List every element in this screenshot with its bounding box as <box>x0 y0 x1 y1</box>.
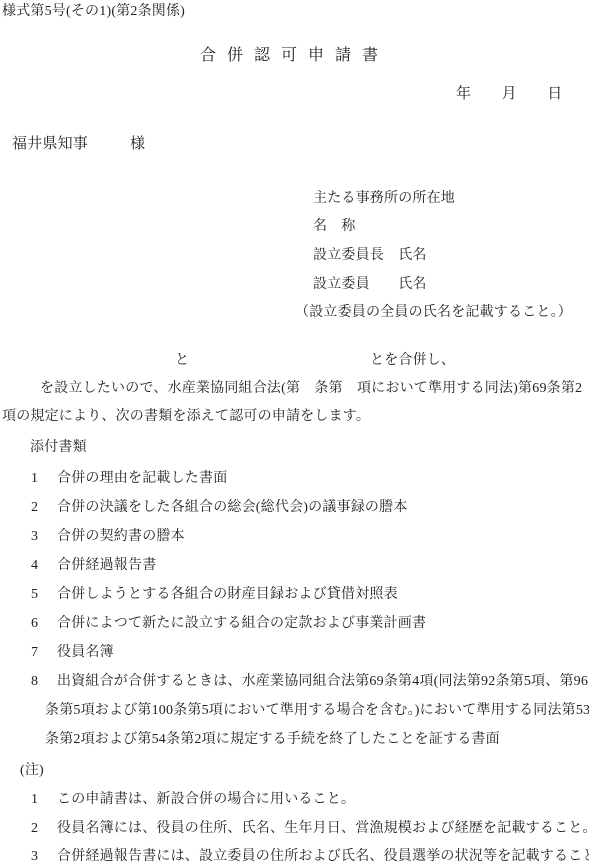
merger-particle-2: とを合併し、 <box>370 352 455 370</box>
organization-name-label: 名 称 <box>313 218 356 236</box>
attachment-item-number: 8 <box>31 673 57 691</box>
attachment-item-number: 1 <box>31 470 57 488</box>
notes-header: (注) <box>20 762 44 780</box>
attachment-item-number: 2 <box>31 499 57 517</box>
application-form-page: 様式第5号(その1)(第2条関係) 合併認可申請書 年 月 日 福井県知事 様 … <box>0 0 589 864</box>
attachment-item: 2合併の決議をした各組合の総会(総代会)の議事録の謄本 <box>31 499 408 517</box>
note-item-text: 合併経過報告書には、設立委員の住所および氏名、役員選挙の状況等を記載すること。 <box>57 849 589 864</box>
attachment-item: 6合併によつて新たに設立する組合の定款および事業計画書 <box>31 615 426 633</box>
attachment-item: 3合併の契約書の謄本 <box>31 528 185 546</box>
body-line-1: を設立したいので、水産業協同組合法(第 条第 項において準用する同法)第69条第… <box>40 380 582 398</box>
form-number: 様式第5号(その1)(第2条関係) <box>2 3 185 21</box>
attachment-item: 8出資組合が合併するときは、水産業協同組合法第69条第4項(同法第92条第5項、… <box>31 673 588 691</box>
body-line-2: 項の規定により、次の書類を添えて認可の申請をします。 <box>2 408 370 426</box>
page-title: 合併認可申請書 <box>0 42 589 65</box>
merger-particle-1: と <box>175 352 189 370</box>
note-item-text: この申請書は、新設合併の場合に用いること。 <box>57 792 355 807</box>
attachment-item-text: 出資組合が合併するときは、水産業協同組合法第69条第4項(同法第92条第5項、第… <box>57 674 588 689</box>
date-line: 年 月 日 <box>456 85 562 103</box>
attachment-item-text: 合併経過報告書 <box>57 558 156 573</box>
attachment-item-number: 4 <box>31 557 57 575</box>
attachment-item-number: 3 <box>31 528 57 546</box>
attachment-item-text: 役員名簿 <box>57 645 114 660</box>
note-item-number: 3 <box>31 848 57 864</box>
attachment-item8-continuation-1: 条第5項および第100条第5項において準用する場合を含む。)において準用する同法… <box>45 702 589 720</box>
note-item: 2役員名簿には、役員の住所、氏名、生年月日、営漁規模および経歴を記載すること。 <box>31 820 589 838</box>
attachment-item-number: 5 <box>31 586 57 604</box>
attachments-header: 添付書類 <box>30 439 87 457</box>
applicant-note: （設立委員の全員の氏名を記載すること。） <box>295 304 572 322</box>
attachment-item-text: 合併の理由を記載した書面 <box>57 471 227 486</box>
office-address-label: 主たる事務所の所在地 <box>313 190 455 208</box>
attachment-item: 4合併経過報告書 <box>31 557 156 575</box>
chairman-name-label: 設立委員長 氏名 <box>313 247 427 265</box>
attachment-item-text: 合併しようとする各組合の財産目録および貸借対照表 <box>57 587 398 602</box>
note-item: 1この申請書は、新設合併の場合に用いること。 <box>31 791 355 809</box>
note-item: 3合併経過報告書には、設立委員の住所および氏名、役員選挙の状況等を記載すること。 <box>31 848 589 864</box>
attachment-item: 7役員名簿 <box>31 644 114 662</box>
note-item-number: 2 <box>31 820 57 838</box>
attachment-item: 1合併の理由を記載した書面 <box>31 470 227 488</box>
attachment-item-text: 合併によつて新たに設立する組合の定款および事業計画書 <box>57 616 426 631</box>
addressee-name: 福井県知事 <box>12 135 88 153</box>
attachment-item-text: 合併の決議をした各組合の総会(総代会)の議事録の謄本 <box>57 500 408 515</box>
attachment-item-number: 7 <box>31 644 57 662</box>
attachment-item-number: 6 <box>31 615 57 633</box>
note-item-number: 1 <box>31 791 57 809</box>
attachment-item8-continuation-2: 条第2項および第54条第2項に規定する手続を終了したことを証する書面 <box>45 731 500 749</box>
member-name-label: 設立委員 氏名 <box>313 276 427 294</box>
attachment-item: 5合併しようとする各組合の財産目録および貸借対照表 <box>31 586 398 604</box>
attachment-item-text: 合併の契約書の謄本 <box>57 529 185 544</box>
note-item-text: 役員名簿には、役員の住所、氏名、生年月日、営漁規模および経歴を記載すること。 <box>57 821 589 836</box>
addressee-honorific: 様 <box>130 135 145 153</box>
